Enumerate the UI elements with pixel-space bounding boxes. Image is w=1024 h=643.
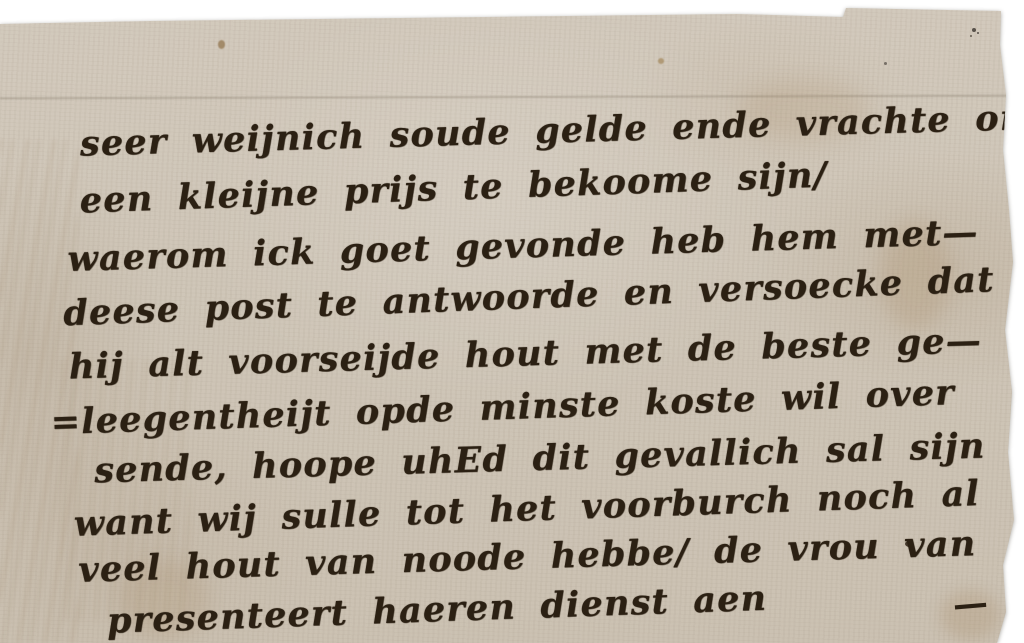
handwriting-line: een kleijne prijs te bekoome sijn/ xyxy=(79,154,828,221)
letter-scan: seer weijnich soude gelde ende vrachte o… xyxy=(0,0,1024,643)
paper-sheet: seer weijnich soude gelde ende vrachte o… xyxy=(0,0,1024,643)
handwriting-line: seer weijnich soude gelde ende vrachte o… xyxy=(79,97,1024,165)
paper-shadow-wrap: seer weijnich soude gelde ende vrachte o… xyxy=(0,0,1024,643)
line-end-dash: — xyxy=(951,582,987,626)
handwriting-line-clipped: presenteert haeren dienst aen xyxy=(106,578,768,642)
handwriting-block: seer weijnich soude gelde ende vrachte o… xyxy=(0,0,1024,643)
